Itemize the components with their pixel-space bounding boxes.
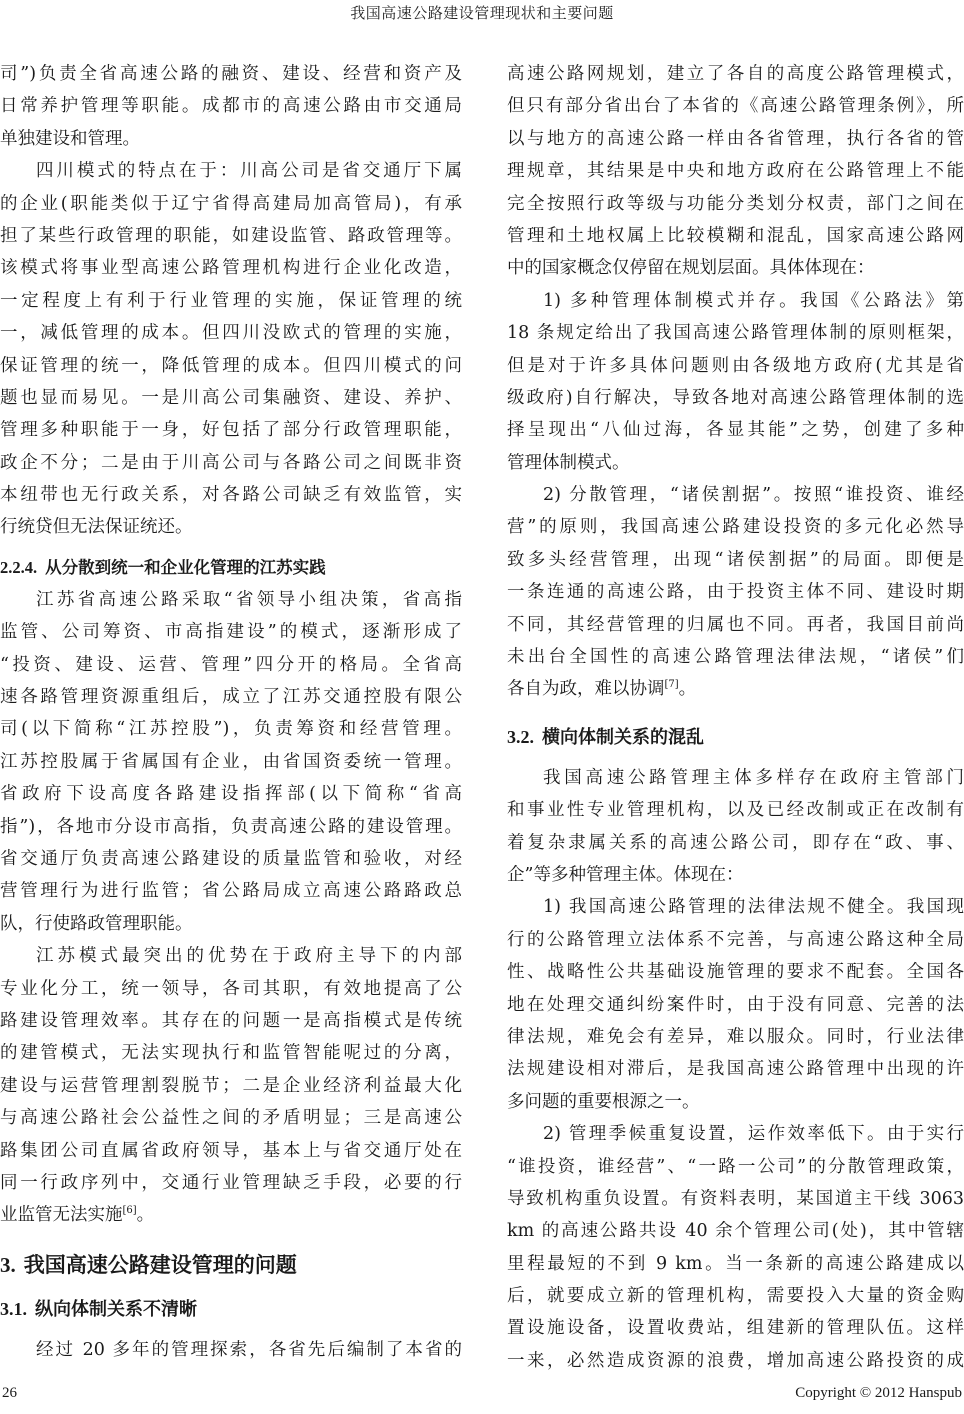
- text-line: 单独建设和管理。: [0, 123, 462, 155]
- text-line: 专业化分工，统一领导，各司其职，有效地提高了公: [0, 973, 462, 1005]
- text-line: 保证管理的统一，降低管理的成本。但四川模式的问: [0, 350, 462, 382]
- text-line: 行统贷但无法保证统还。: [0, 511, 462, 543]
- paragraph: 经过 20 多年的管理探索，各省先后编制了本省的: [0, 1334, 462, 1366]
- text-line: 完全按照行政等级与功能分类划分权责，部门之间在: [507, 188, 964, 220]
- paragraph: 江苏模式最突出的优势在于政府主导下的内部 专业化分工，统一领导，各司其职，有效地…: [0, 940, 462, 1232]
- text-line: 置设施设备，设置收费站，组建新的管理队伍。这样: [507, 1312, 964, 1344]
- text-line: 管理体制模式。: [507, 447, 964, 479]
- running-header: 我国高速公路建设管理现状和主要问题: [0, 2, 964, 23]
- text-line: 中的国家概念仅停留在规划层面。具体体现在：: [507, 252, 964, 284]
- list-item-2: 2) 管理季候重复设置，运作效率低下。由于实行 “谁投资，谁经营”、“一路一公司…: [507, 1118, 964, 1377]
- text-line: 企”等多种管理主体。体现在：: [507, 859, 964, 891]
- text-line: 江苏模式最突出的优势在于政府主导下的内部: [0, 940, 462, 972]
- text-line: 江苏省高速公路采取“省领导小组决策，省高指: [0, 584, 462, 616]
- text-line: 路集团公司直属省政府领导，基本上与省交通厅处在: [0, 1135, 462, 1167]
- section-number: 3.: [0, 1253, 16, 1277]
- text-line: 一定程度上有利于行业管理的实施，保证管理的统: [0, 285, 462, 317]
- text-line: 司”)负责全省高速公路的融资、建设、经营和资产及: [0, 58, 462, 90]
- text-line: 律法规，难免会有差异，难以服众。同时，行业法律: [507, 1021, 964, 1053]
- paragraph: 四川模式的特点在于：川高公司是省交通厅下属 的企业(职能类似于辽宁省得高建局加高…: [0, 155, 462, 544]
- text-line: 经过 20 多年的管理探索，各省先后编制了本省的: [0, 1334, 462, 1366]
- text-line: 营”的原则，我国高速公路建设投资的多元化必然导: [507, 511, 964, 543]
- text-line: 未出台全国性的高速公路管理法律法规，“诸侯”们: [507, 641, 964, 673]
- text-line: 一条连通的高速公路，由于投资主体不同、建设时期: [507, 576, 964, 608]
- text-line: 高速公路网规划，建立了各自的高度公路管理模式，: [507, 58, 964, 90]
- list-item-1: 1) 多种管理体制模式并存。我国《公路法》第 18 条规定给出了我国高速公路管理…: [507, 285, 964, 479]
- section-title: 从分散到统一和企业化管理的江苏实践: [45, 558, 326, 577]
- page-number: 26: [2, 1385, 17, 1402]
- text-line: “谁投资，谁经营”、“一路一公司”的分散管理政策，: [507, 1151, 964, 1183]
- text-line: 法规建设相对滞后，是我国高速公路管理中出现的许: [507, 1053, 964, 1085]
- section-number: 2.2.4.: [0, 558, 37, 577]
- text-line: 建设与运营管理割裂脱节；二是企业经济利益最大化: [0, 1070, 462, 1102]
- text-line: 择呈现出“八仙过海，各显其能”之势，创建了多种: [507, 414, 964, 446]
- text-line: 题也显而易见。一是川高公司集融资、建设、养护、: [0, 382, 462, 414]
- text-line: 后，就要成立新的管理机构，需要投入大量的资金购: [507, 1280, 964, 1312]
- section-heading-3-1: 3.1.纵向体制关系不清晰: [0, 1292, 462, 1326]
- text-line: 着复杂隶属关系的高速公路公司，即存在“政、事、: [507, 827, 964, 859]
- text-line: 行的公路管理立法体系不完善，与高速公路这种全局: [507, 924, 964, 956]
- paragraph: 江苏省高速公路采取“省领导小组决策，省高指 监管、公司筹资、市高指建设”的模式，…: [0, 584, 462, 940]
- copyright-notice: Copyright © 2012 Hanspub: [795, 1385, 962, 1402]
- text-line: 路建设管理效率。其存在的问题一是高指模式是传统: [0, 1005, 462, 1037]
- text-line: 但是对于许多具体问题则由各级地方政府(尤其是省: [507, 350, 964, 382]
- text-line: 我国高速公路管理主体多样存在政府主管部门: [507, 762, 964, 794]
- text-line: 管理和土地权属上比较模糊和混乱，国家高速公路网: [507, 220, 964, 252]
- text-line: 司(以下简称“江苏控股”)，负责筹资和经营管理。: [0, 713, 462, 745]
- text-line: 政企不分；二是由于川高公司与各路公司之间既非资: [0, 447, 462, 479]
- text-line: 江苏控股属于省属国有企业，由省国资委统一管理。: [0, 746, 462, 778]
- text-line: 省政府下设高度各路建设指挥部(以下简称“省高: [0, 778, 462, 810]
- text-line: “投资、建设、运营、管理”四分开的格局。全省高: [0, 649, 462, 681]
- text-line: 和事业性专业管理机构，以及已经改制或正在改制有: [507, 794, 964, 826]
- text-line: 一，减低管理的成本。但四川没欧式的管理的实施，: [0, 317, 462, 349]
- text-line: 四川模式的特点在于：川高公司是省交通厅下属: [0, 155, 462, 187]
- list-item-1: 1) 我国高速公路管理的法律法规不健全。我国现 行的公路管理立法体系不完善，与高…: [507, 891, 964, 1118]
- text-line: 该模式将事业型高速公路管理机构进行企业化改造，: [0, 252, 462, 284]
- section-number: 3.1.: [0, 1299, 27, 1319]
- section-title: 横向体制关系的混乱: [542, 727, 704, 748]
- text-line: 地在处理交通纠纷案件时，由于没有同意、完善的法: [507, 989, 964, 1021]
- text-line: 速各路管理资源重组后，成立了江苏交通控股有限公: [0, 681, 462, 713]
- text-line: 理规章，其结果是中央和地方政府在公路管理上不能: [507, 155, 964, 187]
- text-line: 里程最短的不到 9 km。当一条新的高速公路建成以: [507, 1248, 964, 1280]
- text-line: 级政府)自行解决，导致各地对高速公路管理体制的选: [507, 382, 964, 414]
- text-line: 不同，其经营管理的归属也不同。再者，我国目前尚: [507, 609, 964, 641]
- text-line: 性、战略性公共基础设施管理的要求不配套。全国各: [507, 956, 964, 988]
- text-line: 指”)，各地市分设市高指，负责高速公路的建设管理。: [0, 811, 462, 843]
- section-title: 我国高速公路建设管理的问题: [24, 1253, 297, 1277]
- text-line: 省交通厅负责高速公路建设的质量监管和验收，对经: [0, 843, 462, 875]
- section-number: 3.2.: [507, 727, 534, 747]
- paragraph: 司”)负责全省高速公路的融资、建设、经营和资产及 日常养护管理等职能。成都市的高…: [0, 58, 462, 155]
- text-line: 导致机构重负设置。有资料表明，某国道主干线 3063: [507, 1183, 964, 1215]
- text-line: 本纽带也无行政关系，对各路公司缺乏有效监管，实: [0, 479, 462, 511]
- text-line: 1) 我国高速公路管理的法律法规不健全。我国现: [507, 891, 964, 923]
- text-line: km 的高速公路共设 40 余个管理公司(处)，其中管辖: [507, 1215, 964, 1247]
- section-title: 纵向体制关系不清晰: [35, 1299, 197, 1320]
- section-heading-2-2-4: 2.2.4.从分散到统一和企业化管理的江苏实践: [0, 552, 462, 584]
- text-line: 的企业(职能类似于辽宁省得高建局加高管局)，有承: [0, 188, 462, 220]
- text-line: 日常养护管理等职能。成都市的高速公路由市交通局: [0, 90, 462, 122]
- right-column: 高速公路网规划，建立了各自的高度公路管理模式， 但只有部分省出台了本省的《高速公…: [507, 58, 964, 1377]
- section-heading-3-2: 3.2.横向体制关系的混乱: [507, 720, 964, 754]
- text-line: 监管、公司筹资、市高指建设”的模式，逐渐形成了: [0, 616, 462, 648]
- text-line: 2) 分散管理，“诸侯割据”。按照“谁投资、谁经: [507, 479, 964, 511]
- left-column: 司”)负责全省高速公路的融资、建设、经营和资产及 日常养护管理等职能。成都市的高…: [0, 58, 462, 1366]
- text-line: 队，行使路政管理职能。: [0, 908, 462, 940]
- text-line: 致多头经营管理，出现“诸侯割据”的局面。即便是: [507, 544, 964, 576]
- citation-7[interactable]: [7]: [665, 680, 679, 691]
- text-line: 2) 管理季候重复设置，运作效率低下。由于实行: [507, 1118, 964, 1150]
- citation-6[interactable]: [6]: [123, 1205, 137, 1216]
- text-line: 一来，必然造成资源的浪费，增加高速公路投资的成: [507, 1345, 964, 1377]
- text-line: 业监管无法实施[6]。: [0, 1199, 462, 1231]
- text-line: 但只有部分省出台了本省的《高速公路管理条例》，所: [507, 90, 964, 122]
- text-line: 的建管模式，无法实现执行和监管智能呢过的分离，: [0, 1037, 462, 1069]
- text-line: 1) 多种管理体制模式并存。我国《公路法》第: [507, 285, 964, 317]
- section-heading-3: 3.我国高速公路建设管理的问题: [0, 1246, 462, 1284]
- text-line: 营管理行为进行监管；省公路局成立高速公路路政总: [0, 875, 462, 907]
- text-line: 以与地方的高速公路一样由各省管理，执行各省的管: [507, 123, 964, 155]
- text-line: 同一行政序列中，交通行业管理缺乏手段，必要的行: [0, 1167, 462, 1199]
- text-line: 担了某些行政管理的职能，如建设监管、路政管理等。: [0, 220, 462, 252]
- list-item-2: 2) 分散管理，“诸侯割据”。按照“谁投资、谁经 营”的原则，我国高速公路建设投…: [507, 479, 964, 706]
- text-line: 各自为政，难以协调[7]。: [507, 673, 964, 705]
- text-line: 18 条规定给出了我国高速公路管理体制的原则框架，: [507, 317, 964, 349]
- paragraph: 高速公路网规划，建立了各自的高度公路管理模式， 但只有部分省出台了本省的《高速公…: [507, 58, 964, 285]
- paragraph: 我国高速公路管理主体多样存在政府主管部门 和事业性专业管理机构，以及已经改制或正…: [507, 762, 964, 892]
- text-line: 与高速公路社会公益性之间的矛盾明显；三是高速公: [0, 1102, 462, 1134]
- text-line: 管理多种职能于一身，好包括了部分行政管理职能，: [0, 414, 462, 446]
- text-line: 多问题的重要根源之一。: [507, 1086, 964, 1118]
